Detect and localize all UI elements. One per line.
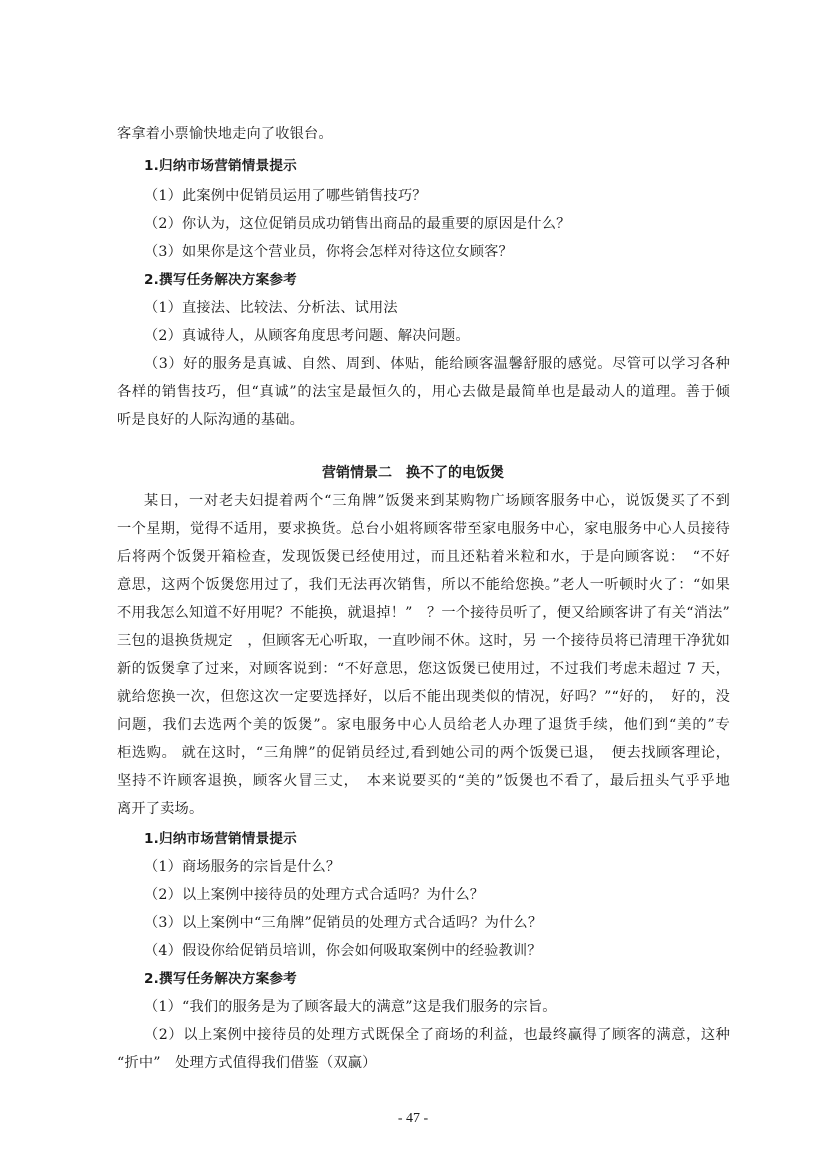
answer-item: （1）“我们的服务是为了顾客最大的满意”这是我们服务的宗旨。 — [144, 997, 757, 1017]
case-title: 营销情景二 换不了的电饭煲 — [0, 463, 826, 483]
story-line: 意思，这两个饭煲您用过了，我们无法再次销售，所以不能给您换。”老人一听顿时火了：… — [117, 575, 730, 595]
answer-paragraph-line: （2）以上案例中接待员的处理方式既保全了商场的利益，也最终赢得了顾客的满意，这种 — [144, 1025, 730, 1045]
question-item: （4）假设你给促销员培训，你会如何吸取案例中的经验教训？ — [144, 941, 757, 961]
story-line: 不用我怎么知道不好用呢？不能换，就退掉！” ？一个接待员听了，便又给顾客讲了有关… — [117, 603, 730, 623]
paragraph-continuation: 客拿着小票愉快地走向了收银台。 — [117, 124, 730, 144]
section-heading-prompts: 1.归纳市场营销情景提示 — [144, 156, 757, 176]
story-line: 三包的退换货规定 ，但顾客无心听取，一直吵闹不休。这时，另 一个接待员将已清理干… — [117, 631, 730, 651]
page-number: - 47 - — [0, 1111, 826, 1127]
question-item: （3）以上案例中“三角牌”促销员的处理方式合适吗？为什么？ — [144, 913, 757, 933]
section-heading-solutions: 2.撰写任务解决方案参考 — [144, 969, 757, 989]
question-item: （2）以上案例中接待员的处理方式合适吗？为什么？ — [144, 885, 757, 905]
story-line: 新的饭煲拿了过来，对顾客说到：“不好意思，您这饭煲已使用过，不过我们考虑未超过 … — [117, 659, 730, 679]
story-line: 就给您换一次，但您这次一定要选择好，以后不能出现类似的情况，好吗？”“好的， 好… — [117, 687, 730, 707]
story-line: 柜选购。 就在这时，“三角牌”的促销员经过,看到她公司的两个饭煲已退， 便去找顾… — [117, 743, 730, 763]
section-heading-solutions: 2.撰写任务解决方案参考 — [144, 270, 757, 290]
answer-paragraph-line: 各样的销售技巧，但“真诚”的法宝是最恒久的，用心去做是最简单也是最动人的道理。善… — [117, 382, 730, 402]
question-item: （1）此案例中促销员运用了哪些销售技巧？ — [144, 186, 757, 206]
document-page: 客拿着小票愉快地走向了收银台。 1.归纳市场营销情景提示 （1）此案例中促销员运… — [0, 0, 826, 1169]
question-item: （1）商场服务的宗旨是什么？ — [144, 857, 757, 877]
answer-item: （2）真诚待人，从顾客角度思考问题、解决问题。 — [144, 326, 757, 346]
story-line: 后将两个饭煲开箱检查，发现饭煲已经使用过，而且还粘着米粒和水，于是向顾客说： “… — [117, 547, 730, 567]
story-line: 坚持不许顾客退换，顾客火冒三丈， 本来说要买的“美的”饭煲也不看了，最后扭头气乎… — [117, 771, 730, 791]
question-item: （2）你认为，这位促销员成功销售出商品的最重要的原因是什么？ — [144, 214, 757, 234]
story-line: 一个星期，觉得不适用，要求换货。总台小姐将顾客带至家电服务中心，家电服务中心人员… — [117, 519, 730, 539]
answer-item: （1）直接法、比较法、分析法、试用法 — [144, 298, 757, 318]
answer-paragraph-line: “折中” 处理方式值得我们借鉴（双赢） — [117, 1053, 730, 1073]
answer-paragraph-line: （3）好的服务是真诚、自然、周到、体贴，能给顾客温馨舒服的感觉。尽管可以学习各种 — [144, 354, 730, 374]
story-line: 问题，我们去选两个美的饭煲”。家电服务中心人员给老人办理了退货手续，他们到“美的… — [117, 715, 730, 735]
answer-paragraph-line: 听是良好的人际沟通的基础。 — [117, 410, 730, 430]
story-line: 某日，一对老夫妇提着两个“三角牌”饭煲来到某购物广场顾客服务中心，说饭煲买了不到 — [144, 491, 730, 511]
section-heading-prompts: 1.归纳市场营销情景提示 — [144, 829, 757, 849]
story-line: 离开了卖场。 — [117, 799, 730, 819]
question-item: （3）如果你是这个营业员，你将会怎样对待这位女顾客？ — [144, 242, 757, 262]
